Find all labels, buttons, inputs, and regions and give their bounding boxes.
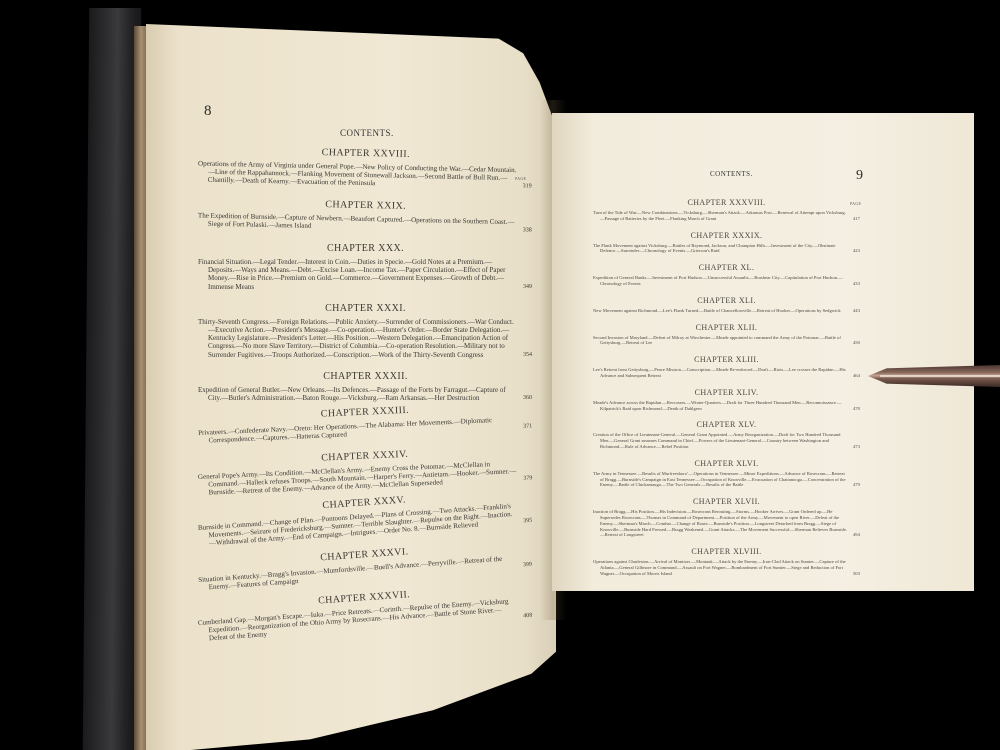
toc-entry: CHAPTER XLIV. Meade's Advance across the… xyxy=(593,388,860,412)
toc-entry: CHAPTER XXXII. Expedition of General But… xyxy=(198,371,533,402)
chapter-description: Lee's Retreat from Gettysburg.—Peace Mis… xyxy=(593,367,860,379)
toc-entry: CHAPTER XXIX. The Expedition of Burnside… xyxy=(198,196,534,234)
chapter-description: The Expedition of Burnside.—Capture of N… xyxy=(198,211,533,234)
chapter-heading: CHAPTER XLIII. xyxy=(593,355,860,364)
toc-entry: CHAPTER XXXI. Thirty-Seventh Congress.—F… xyxy=(198,303,533,359)
chapter-description: New Movement against Richmond.—Lee's Fla… xyxy=(593,308,860,314)
chapter-heading: CHAPTER XXX. xyxy=(198,243,533,254)
chapter-description: Operations against Charleston.—Arrival o… xyxy=(593,559,860,576)
page-block-edge xyxy=(134,26,148,750)
toc-entry: CHAPTER XXVIII. Operations of the Army o… xyxy=(198,144,534,191)
toc-entry: CHAPTER XLII. Second Invasion of Marylan… xyxy=(593,323,860,347)
left-toc: CHAPTER XXVIII. Operations of the Army o… xyxy=(198,148,533,656)
chapter-heading: CHAPTER XXXI. xyxy=(198,303,533,314)
left-page-number: 8 xyxy=(204,103,212,120)
toc-entry: CHAPTER XLI. New Movement against Richmo… xyxy=(593,296,860,314)
left-contents-title: CONTENTS. xyxy=(340,128,394,138)
toc-entry: CHAPTER XLVI. The Army in Tennessee.—Res… xyxy=(593,459,860,488)
chapter-heading: CHAPTER XLVII. xyxy=(593,497,860,506)
chapter-description: Expedition of General Butler.—New Orlean… xyxy=(198,386,533,402)
chapter-heading: CHAPTER XXXII. xyxy=(198,371,533,382)
chapter-description: The Flank Movement against Vicksburg.—Ba… xyxy=(593,243,860,255)
chapter-heading: CHAPTER XXXIX. xyxy=(593,231,860,240)
chapter-heading: CHAPTER XLIV. xyxy=(593,388,860,397)
chapter-description: The Army in Tennessee.—Results of Murfre… xyxy=(593,471,860,488)
toc-entry: CHAPTER XXX. Financial Situation.—Legal … xyxy=(198,243,533,291)
chapter-description: Thirty-Seventh Congress.—Foreign Relatio… xyxy=(198,318,533,359)
chapter-heading: CHAPTER XLV. xyxy=(593,420,860,429)
chapter-heading: CHAPTER XXIX. xyxy=(198,196,533,214)
chapter-description: Financial Situation.—Legal Tender.—Inter… xyxy=(198,258,533,291)
chapter-description: Operations of the Army of Virginia under… xyxy=(198,159,533,191)
toc-entry: CHAPTER XXXIII. Privateers.—Confederate … xyxy=(197,400,533,446)
chapter-description: Inaction of Bragg.—His Position.—His Ind… xyxy=(593,509,860,538)
toc-entry: CHAPTER XLVIII. Operations against Charl… xyxy=(593,547,860,576)
pointer-highlight xyxy=(880,375,1000,377)
book-spine xyxy=(83,8,141,750)
chapter-description: Meade's Advance across the Rapidan.—Recr… xyxy=(593,400,860,412)
toc-entry: CHAPTER XLV. Creation of the Office of L… xyxy=(593,420,860,449)
toc-entry: CHAPTER XLVII. Inaction of Bragg.—His Po… xyxy=(593,497,860,538)
toc-entry: CHAPTER XXXIX. The Flank Movement agains… xyxy=(593,231,860,255)
toc-entry: CHAPTER XXXVII. Cumberland Gap.—Morgan's… xyxy=(197,581,534,644)
chapter-description: Second Invasion of Maryland.—Defeat of M… xyxy=(593,335,860,347)
right-page-number: 9 xyxy=(856,168,863,184)
right-contents-title: CONTENTS. xyxy=(710,170,753,178)
toc-entry-highlighted: CHAPTER XLIII. Lee's Retreat from Gettys… xyxy=(593,355,860,379)
right-toc: CHAPTER XXXVIII. Turn of the Tide of War… xyxy=(593,198,860,586)
chapter-description: Expedition of General Banks.—Investment … xyxy=(593,275,860,287)
chapter-heading: CHAPTER XLVIII. xyxy=(593,547,860,556)
chapter-heading: CHAPTER XXXVIII. xyxy=(593,198,860,207)
toc-entry: CHAPTER XXXVIII. Turn of the Tide of War… xyxy=(593,198,860,222)
chapter-heading: CHAPTER XL. xyxy=(593,263,860,272)
toc-entry: CHAPTER XL. Expedition of General Banks.… xyxy=(593,263,860,287)
chapter-heading: CHAPTER XLII. xyxy=(593,323,860,332)
chapter-heading: CHAPTER XLVI. xyxy=(593,459,860,468)
chapter-description: Creation of the Office of Lieutenant-Gen… xyxy=(593,432,860,449)
chapter-heading: CHAPTER XLI. xyxy=(593,296,860,305)
chapter-description: Turn of the Tide of War.—New Combination… xyxy=(593,210,860,222)
